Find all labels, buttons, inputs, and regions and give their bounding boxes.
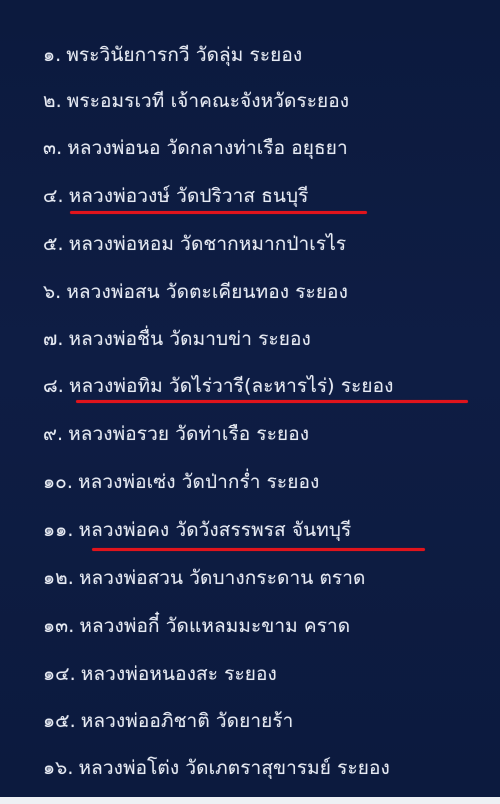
item-text: พระอมรเวที เจ้าคณะจังหวัดระยอง bbox=[67, 90, 349, 112]
item-text: พระวินัยการกวี วัดลุ่ม ระยอง bbox=[66, 44, 302, 66]
item-number: ๑๖. bbox=[43, 757, 73, 779]
list-item: ๑.พระวินัยการกวี วัดลุ่ม ระยอง bbox=[43, 40, 302, 70]
item-number: ๑. bbox=[43, 44, 61, 66]
item-number: ๗. bbox=[43, 328, 64, 350]
list-item: ๑๕.หลวงพ่ออภิชาติ วัดยายร้า bbox=[43, 706, 293, 736]
item-number: ๙. bbox=[43, 423, 63, 445]
item-text: หลวงพ่อทิม วัดไร่วารี(ละหารไร่) ระยอง bbox=[69, 375, 394, 397]
item-number: ๑๓. bbox=[43, 615, 74, 637]
item-text: หลวงพ่อสวน วัดบางกระดาน ตราด bbox=[79, 567, 365, 589]
red-underline-item-4 bbox=[70, 211, 367, 214]
item-text: หลวงพ่อหนองสะ ระยอง bbox=[81, 663, 277, 685]
item-text: หลวงพ่อโต่ง วัดเภตราสุขารมย์ ระยอง bbox=[78, 757, 389, 779]
list-item-highlighted: ๑๑.หลวงพ่อคง วัดวังสรรพรส จันทบุรี bbox=[43, 515, 351, 545]
item-text: หลวงพ่ออภิชาติ วัดยายร้า bbox=[81, 710, 294, 732]
list-item: ๑๖.หลวงพ่อโต่ง วัดเภตราสุขารมย์ ระยอง bbox=[43, 753, 390, 783]
item-text: หลวงพ่อชื่น วัดมาบข่า ระยอง bbox=[69, 328, 311, 350]
item-number: ๑๕. bbox=[43, 710, 76, 732]
item-number: ๒. bbox=[43, 90, 62, 112]
list-item: ๑๐.หลวงพ่อเซ่ง วัดป่ากร่ำ ระยอง bbox=[43, 467, 319, 497]
item-text: หลวงพ่อวงษ์ วัดปริวาส ธนบุรี bbox=[69, 185, 309, 207]
red-underline-item-11 bbox=[92, 548, 425, 551]
item-number: ๓. bbox=[43, 137, 62, 159]
item-number: ๔. bbox=[43, 185, 64, 207]
list-item: ๕.หลวงพ่อหอม วัดชากหมากป่าเรไร bbox=[43, 229, 346, 259]
list-item: ๗.หลวงพ่อชื่น วัดมาบข่า ระยอง bbox=[43, 324, 311, 354]
item-text: หลวงพ่อหอม วัดชากหมากป่าเรไร bbox=[69, 233, 347, 255]
item-number: ๘. bbox=[43, 375, 64, 397]
item-number: ๖. bbox=[43, 281, 61, 303]
item-number: ๑๐. bbox=[43, 471, 73, 493]
item-text: หลวงพ่อรวย วัดท่าเรือ ระยอง bbox=[68, 423, 309, 445]
red-underline-item-8 bbox=[76, 400, 468, 403]
item-number: ๑๑. bbox=[43, 519, 73, 541]
list-item: ๑๓.หลวงพ่อกี๋ วัดแหลมมะขาม คราด bbox=[43, 611, 350, 641]
list-item: ๖.หลวงพ่อสน วัดตะเคียนทอง ระยอง bbox=[43, 277, 348, 307]
item-text: หลวงพ่อสน วัดตะเคียนทอง ระยอง bbox=[66, 281, 348, 303]
item-text: หลวงพ่อกี๋ วัดแหลมมะขาม คราด bbox=[79, 615, 350, 637]
list-item: ๑๔.หลวงพ่อหนองสะ ระยอง bbox=[43, 659, 277, 689]
list-item: ๓.หลวงพ่อนอ วัดกลางท่าเรือ อยุธยา bbox=[43, 133, 348, 163]
item-number: ๑๔. bbox=[43, 663, 76, 685]
item-number: ๕. bbox=[43, 233, 64, 255]
list-item: ๒.พระอมรเวที เจ้าคณะจังหวัดระยอง bbox=[43, 86, 349, 116]
item-text: หลวงพ่อเซ่ง วัดป่ากร่ำ ระยอง bbox=[78, 471, 319, 493]
item-number: ๑๒. bbox=[43, 567, 74, 589]
list-item: ๑๒.หลวงพ่อสวน วัดบางกระดาน ตราด bbox=[43, 563, 365, 593]
list-item-highlighted: ๔.หลวงพ่อวงษ์ วัดปริวาส ธนบุรี bbox=[43, 181, 308, 211]
item-text: หลวงพ่อนอ วัดกลางท่าเรือ อยุธยา bbox=[67, 137, 347, 159]
item-text: หลวงพ่อคง วัดวังสรรพรส จันทบุรี bbox=[78, 519, 351, 541]
list-item: ๙.หลวงพ่อรวย วัดท่าเรือ ระยอง bbox=[43, 419, 309, 449]
list-item-highlighted: ๘.หลวงพ่อทิม วัดไร่วารี(ละหารไร่) ระยอง bbox=[43, 371, 394, 401]
